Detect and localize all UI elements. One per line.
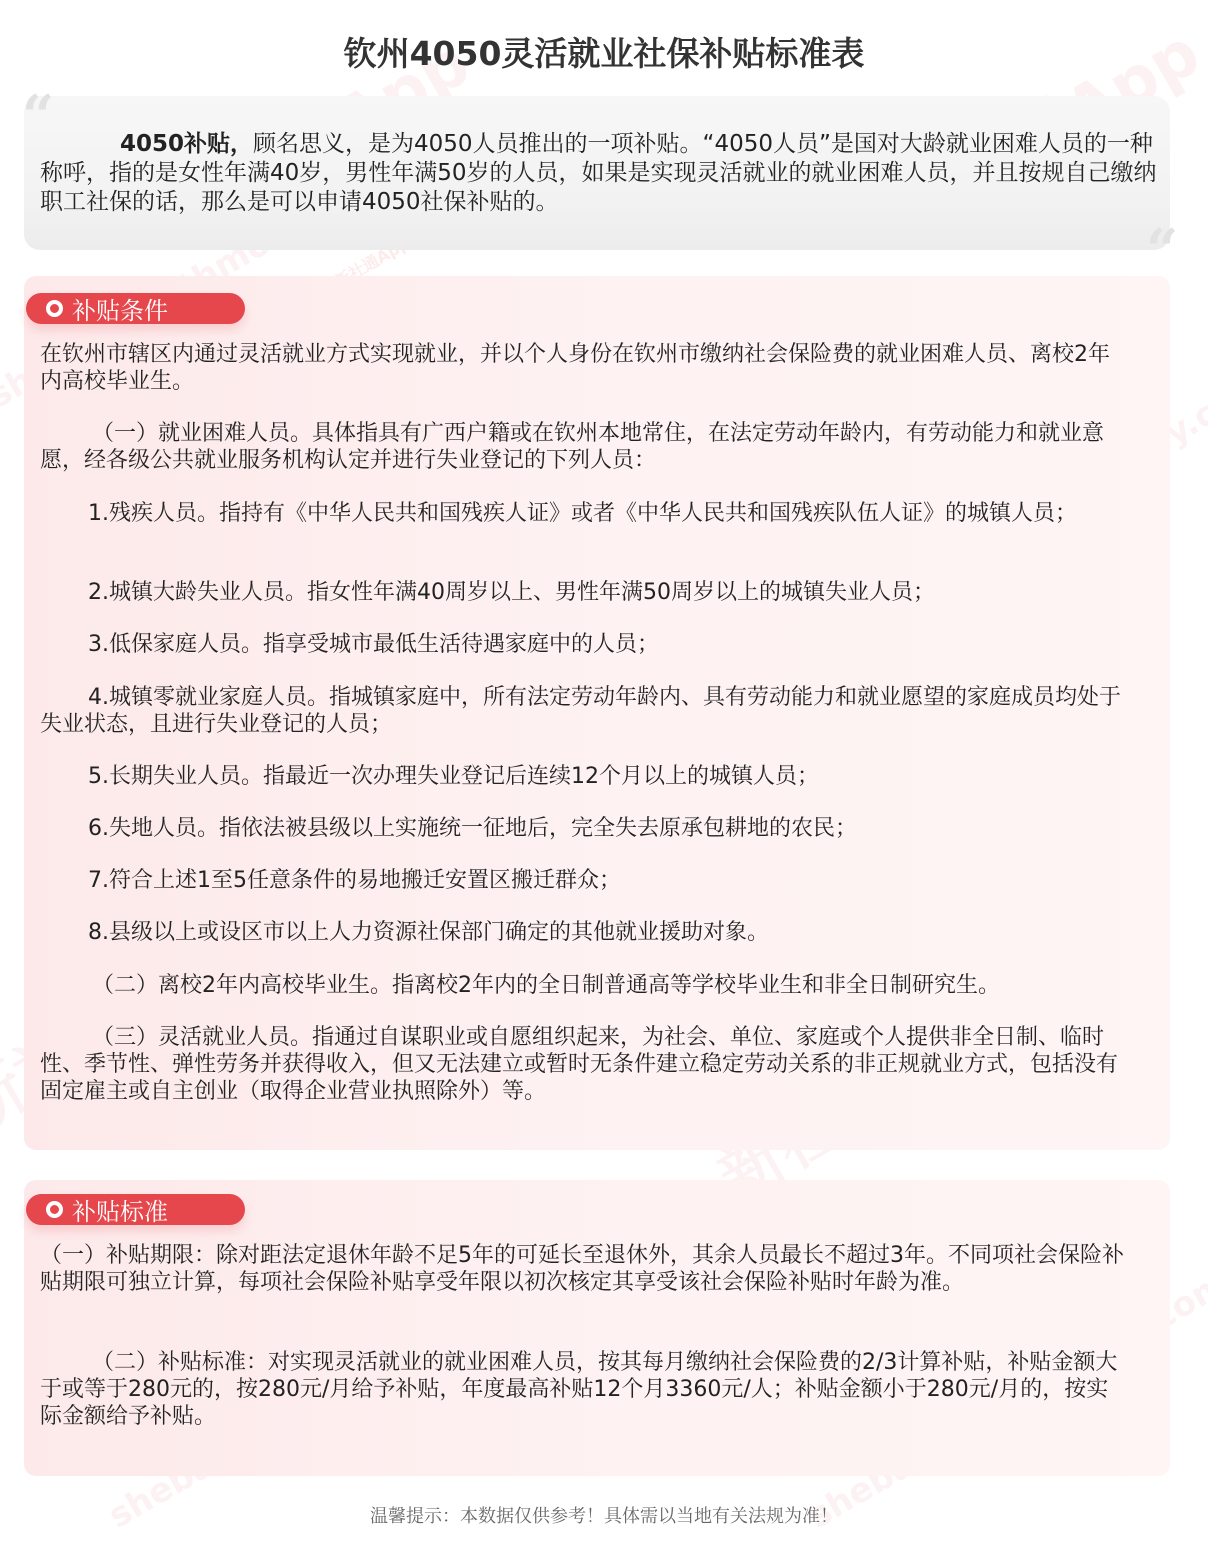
condition-category-3: （三）灵活就业人员。指通过自谋职业或自愿组织起来，为社会、单位、家庭或个人提供非… [40,1024,1130,1105]
intro-bold-lead: 4050补贴， [120,131,253,157]
section-tag-standards: 补贴标准 [26,1194,245,1225]
condition-category-2: （二）离校2年内高校毕业生。指离校2年内的全日制普通高等学校毕业生和非全日制研究… [40,972,1130,999]
condition-item-3: 3.低保家庭人员。指享受城市最低生活待遇家庭中的人员； [40,631,1130,658]
page: 新社通App 新社通App shebao.southmoney.com 新社通A… [0,0,1208,1562]
close-quote-icon: “ [1146,222,1178,278]
condition-item-6: 6.失地人员。指依法被县级以上实施统一征地后，完全失去原承包耕地的农民； [40,815,1130,842]
condition-item-2: 2.城镇大龄失业人员。指女性年满40周岁以上、男性年满50周岁以上的城镇失业人员… [40,579,1130,606]
condition-item-4: 4.城镇零就业家庭人员。指城镇家庭中，所有法定劳动年龄内、具有劳动能力和就业愿望… [40,684,1130,738]
intro-paragraph: 4050补贴，顾名思义，是为4050人员推出的一项补贴。“4050人员”是国对大… [40,130,1160,217]
condition-item-5: 5.长期失业人员。指最近一次办理失业登记后连续12个月以上的城镇人员； [40,763,1130,790]
section-tag-conditions: 补贴条件 [26,293,245,324]
ring-icon [46,1201,63,1218]
condition-category-1: （一）就业困难人员。具体指具有广西户籍或在钦州本地常住，在法定劳动年龄内，有劳动… [40,420,1130,474]
standard-amount: （二）补贴标准：对实现灵活就业的就业困难人员，按其每月缴纳社会保险费的2/3计算… [40,1349,1130,1430]
section-tag-label: 补贴标准 [72,1192,168,1227]
ring-icon [46,300,63,317]
condition-item-1: 1.残疾人员。指持有《中华人民共和国残疾人证》或者《中华人民共和国残疾队伍人证》… [40,500,1130,527]
conditions-intro: 在钦州市辖区内通过灵活就业方式实现就业，并以个人身份在钦州市缴纳社会保险费的就业… [40,341,1130,395]
page-title: 钦州4050灵活就业社保补贴标准表 [0,28,1208,75]
standard-period: （一）补贴期限：除对距法定退休年龄不足5年的可延长至退休外，其余人员最长不超过3… [40,1242,1130,1296]
footer-disclaimer: 温馨提示：本数据仅供参考！具体需以当地有关法规为准！ [0,1502,1208,1528]
condition-item-7: 7.符合上述1至5任意条件的易地搬迁安置区搬迁群众； [40,867,1130,894]
condition-item-8: 8.县级以上或设区市以上人力资源社保部门确定的其他就业援助对象。 [40,919,1130,946]
section-tag-label: 补贴条件 [72,291,168,326]
